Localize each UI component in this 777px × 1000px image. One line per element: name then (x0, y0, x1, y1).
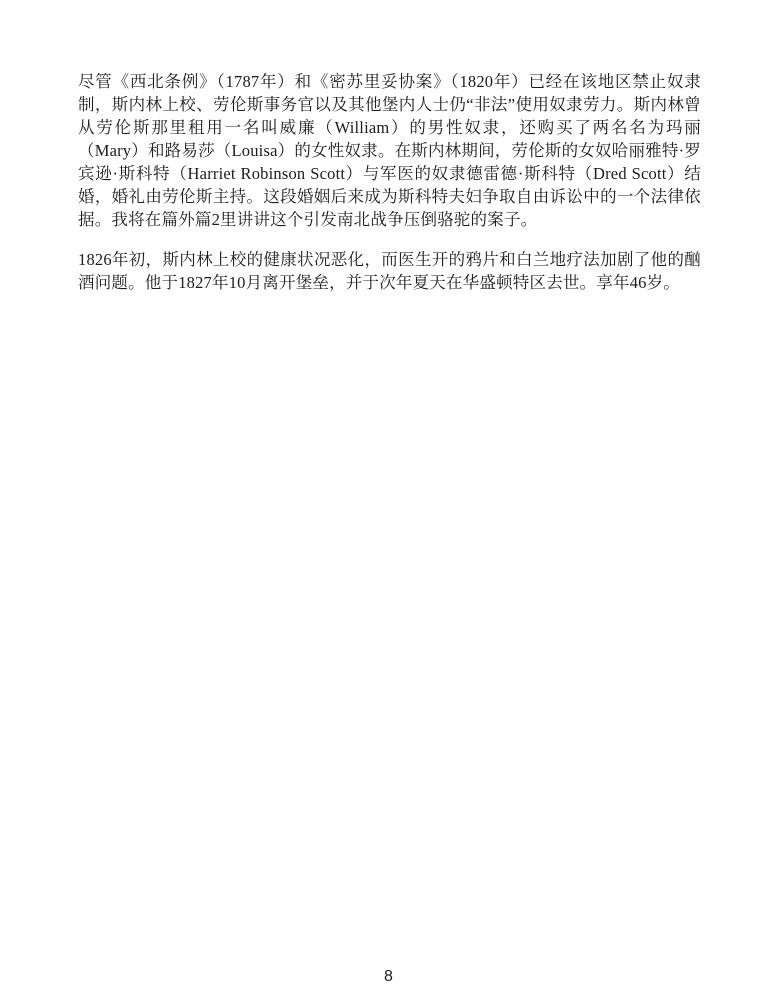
page-canvas: 尽管《西北条例》（1787年）和《密苏里妥协案》（1820年）已经在该地区禁止奴… (0, 0, 777, 1000)
paragraph-2: 1826年初，斯内林上校的健康状况恶化，而医生开的鸦片和白兰地疗法加剧了他的酗酒… (78, 248, 701, 294)
document-page: { "content": { "paragraphs": [ "尽管《西北条例》… (0, 0, 777, 1000)
paragraph-1: 尽管《西北条例》（1787年）和《密苏里妥协案》（1820年）已经在该地区禁止奴… (78, 70, 701, 231)
body-text-block: 尽管《西北条例》（1787年）和《密苏里妥协案》（1820年）已经在该地区禁止奴… (78, 70, 701, 311)
page-number: 8 (0, 967, 777, 987)
